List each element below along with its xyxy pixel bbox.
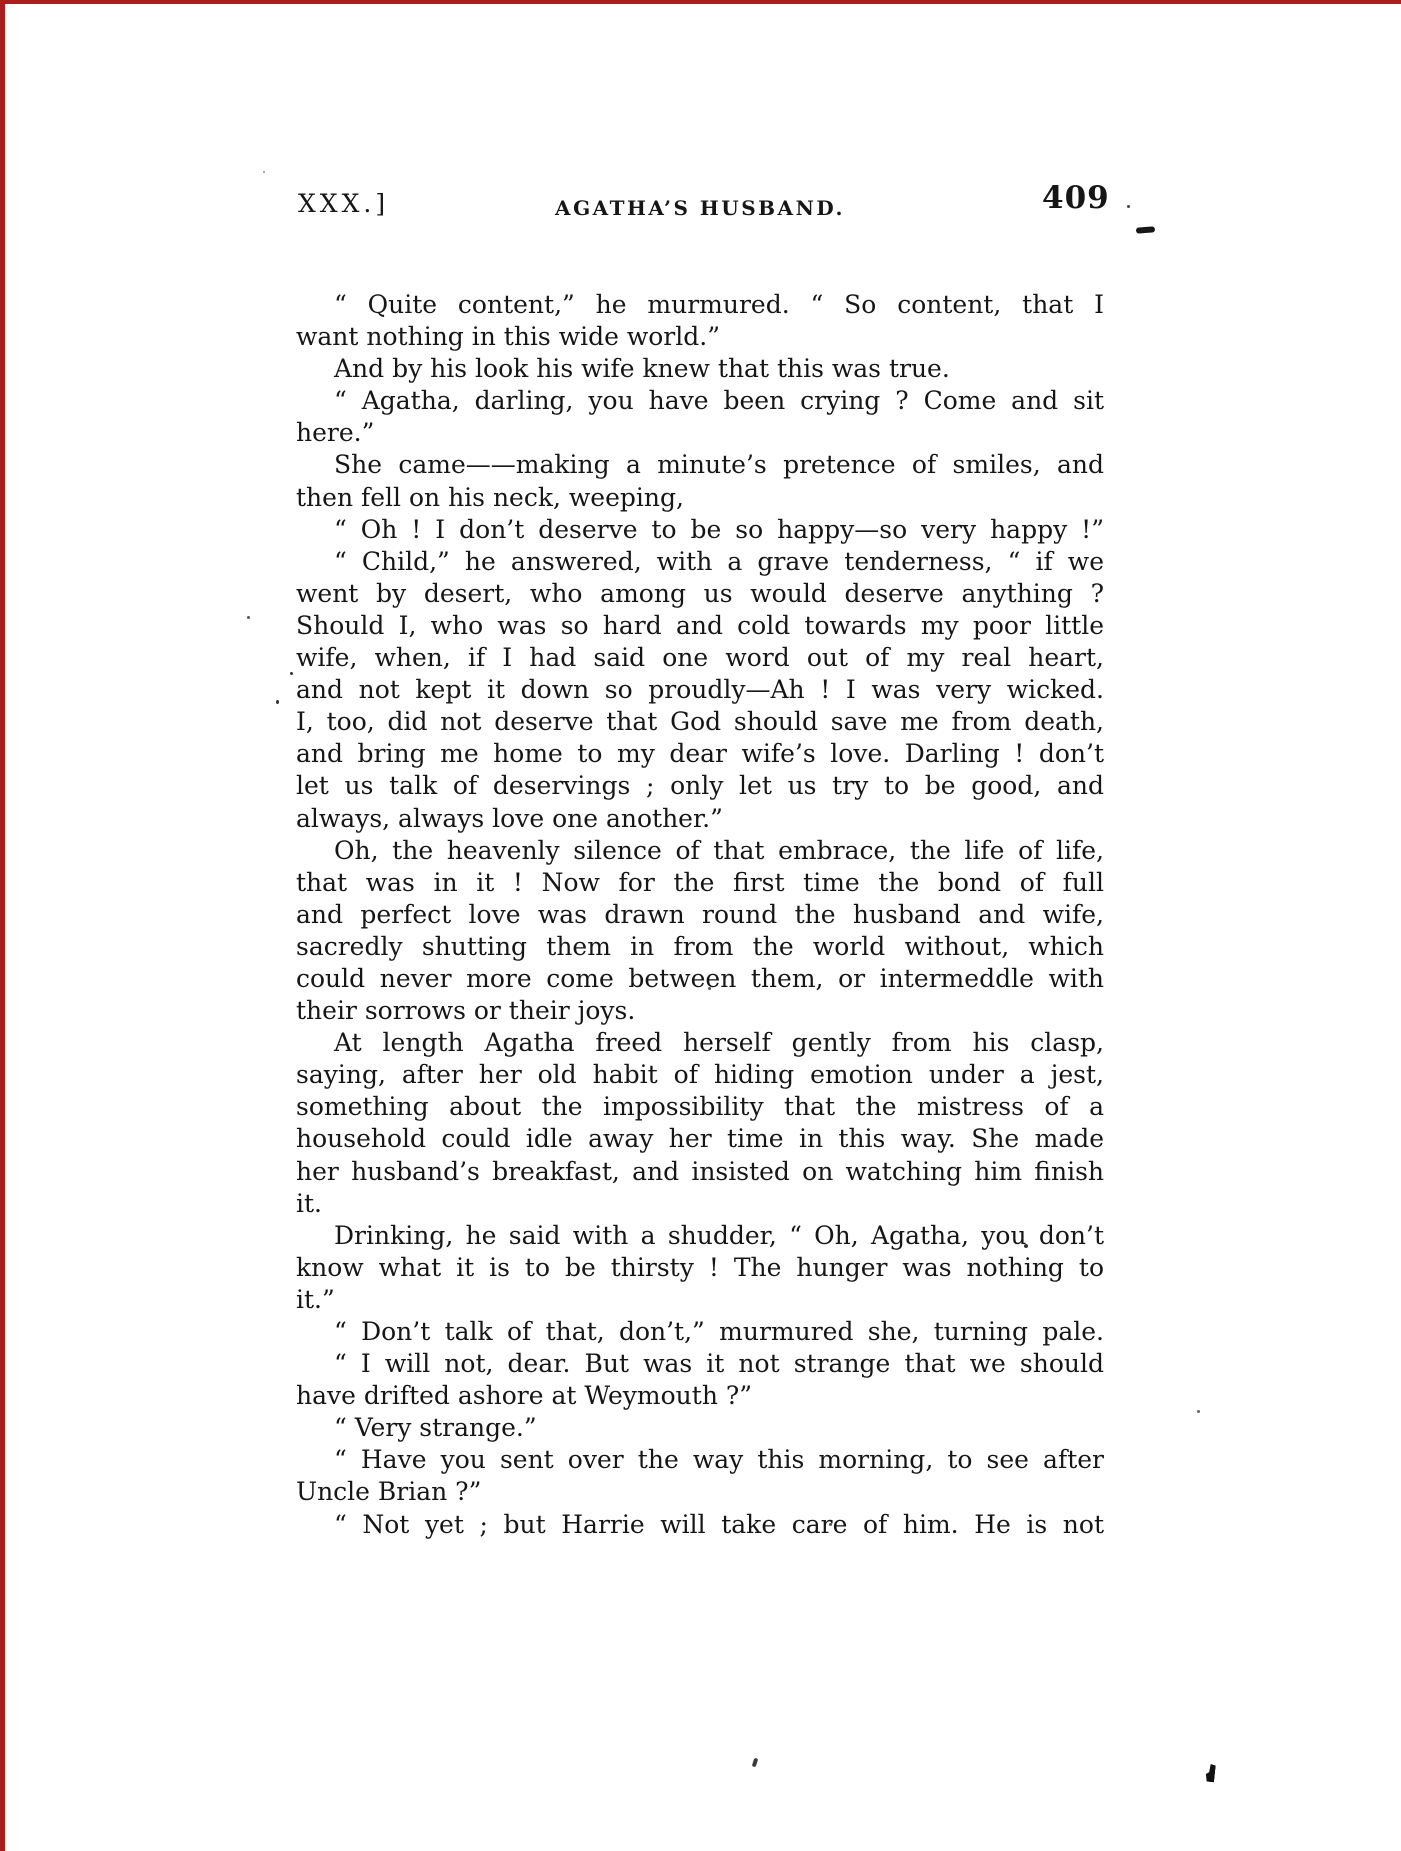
text-line: their sorrows or their joys. — [296, 995, 1104, 1027]
text-line: “ I will not, dear. But was it not stran… — [296, 1348, 1104, 1380]
text-line: Uncle Brian ?” — [296, 1476, 1104, 1508]
text-line: wife, when, if I had said one word out o… — [296, 642, 1104, 674]
text-line: “ Oh ! I don’t deserve to be so happy—so… — [296, 514, 1104, 546]
text-line: household could idle away her time in th… — [296, 1123, 1104, 1155]
scan-edge-left — [0, 0, 5, 1851]
text-line: Oh, the heavenly silence of that embrace… — [296, 835, 1104, 867]
ink-blot — [1205, 1764, 1216, 1783]
dash-mark — [1136, 226, 1155, 233]
text-line: Drinking, he said with a shudder, “ Oh, … — [296, 1220, 1104, 1252]
text-line: and perfect love was drawn round the hus… — [296, 899, 1104, 931]
text-line: I, too, did not deserve that God should … — [296, 706, 1104, 738]
ink-speck — [829, 1523, 832, 1526]
text-line: “ Not yet ; but Harrie will take care of… — [296, 1509, 1104, 1541]
text-line: At length Agatha freed herself gently fr… — [296, 1027, 1104, 1059]
text-line: want nothing in this wide world.” — [296, 321, 1104, 353]
text-line: always, always love one another.” — [296, 803, 1104, 835]
text-line: “ Child,” he answered, with a grave tend… — [296, 546, 1104, 578]
scan-edge-top — [0, 0, 1401, 4]
text-line: “ Have you sent over the way this mornin… — [296, 1444, 1104, 1476]
text-line: “ Quite content,” he murmured. “ So cont… — [296, 289, 1104, 321]
text-line: sacredly shutting them in from the world… — [296, 931, 1104, 963]
text-line: it.” — [296, 1284, 1104, 1316]
text-line: have drifted ashore at Weymouth ?” — [296, 1380, 1104, 1412]
text-line: her husband’s breakfast, and insisted on… — [296, 1156, 1104, 1188]
text-line: something about the impossibility that t… — [296, 1091, 1104, 1123]
ink-speck — [247, 616, 250, 619]
ink-speck — [1024, 1244, 1028, 1248]
text-line: it. — [296, 1188, 1104, 1220]
ink-speck — [276, 700, 279, 704]
text-line: here.” — [296, 417, 1104, 449]
ink-speck — [290, 672, 293, 675]
text-line: know what it is to be thirsty ! The hung… — [296, 1252, 1104, 1284]
text-line: then fell on his neck, weeping, — [296, 482, 1104, 514]
text-line: that was in it ! Now for the first time … — [296, 867, 1104, 899]
running-title: AGATHA’S HUSBAND. — [296, 196, 1104, 220]
page-number: 409 — [1042, 180, 1110, 216]
text-line: And by his look his wife knew that this … — [296, 353, 1104, 385]
ink-speck — [1127, 205, 1130, 208]
ink-speck — [708, 987, 711, 990]
page-text: “ Quite content,” he murmured. “ So cont… — [296, 289, 1104, 1541]
text-line: let us talk of deservings ; only let us … — [296, 770, 1104, 802]
text-line: Should I, who was so hard and cold towar… — [296, 610, 1104, 642]
text-line: “ Don’t talk of that, don’t,” murmured s… — [296, 1316, 1104, 1348]
text-line: could never more come between them, or i… — [296, 963, 1104, 995]
text-line: “ Agatha, darling, you have been crying … — [296, 385, 1104, 417]
text-line: and not kept it down so proudly—Ah ! I w… — [296, 674, 1104, 706]
text-line: saying, after her old habit of hiding em… — [296, 1059, 1104, 1091]
text-line: and bring me home to my dear wife’s love… — [296, 738, 1104, 770]
tick-mark — [752, 1758, 759, 1768]
ink-speck — [263, 171, 265, 173]
ink-speck — [1197, 1410, 1200, 1413]
book-page-scan: XXX.] AGATHA’S HUSBAND. 409 “ Quite cont… — [0, 0, 1401, 1851]
text-line: went by desert, who among us would deser… — [296, 578, 1104, 610]
text-line: She came——making a minute’s pretence of … — [296, 449, 1104, 481]
text-line: “ Very strange.” — [296, 1412, 1104, 1444]
